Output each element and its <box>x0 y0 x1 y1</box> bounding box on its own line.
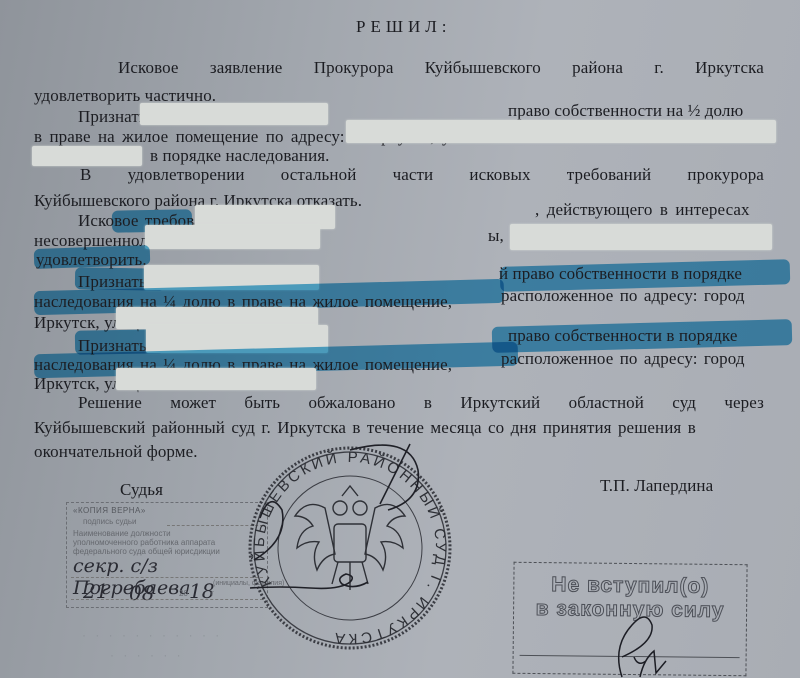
word: г. <box>654 58 664 78</box>
copy-stamp-position-caption: Наименование должности уполномоченного р… <box>73 529 220 556</box>
word: в <box>424 393 432 413</box>
word: может <box>170 393 216 413</box>
paragraph-7-line-2: Куйбышевский районный суд г. Иркутска в … <box>34 418 696 438</box>
redaction <box>145 225 320 249</box>
judge-name: Т.П. Лапердина <box>600 476 713 496</box>
stamp-signature <box>590 595 680 678</box>
word: Куйбышевского <box>425 58 541 78</box>
paragraph-2-line-3: в порядке наследования. <box>150 146 330 166</box>
redaction <box>32 146 142 166</box>
copy-stamp-subtitle: подпись судьи <box>83 517 137 526</box>
court-decision-page: РЕШИЛ: ИсковоезаявлениеПрокурораКуйбышев… <box>0 0 800 678</box>
paragraph-6-line-2-rest: расположенное по адресу: город <box>501 349 745 369</box>
paragraph-4-line-1-end: , действующего в интересах <box>535 200 750 220</box>
redaction <box>116 368 316 390</box>
paragraph-7-line-1: РешениеможетбытьобжаловановИркутскийобла… <box>78 393 764 413</box>
redaction <box>346 120 776 143</box>
word: Прокурора <box>314 58 394 78</box>
word: Иркутска <box>695 58 764 78</box>
word: заявление <box>210 58 283 78</box>
paragraph-1-line-1: ИсковоезаявлениеПрокурораКуйбышевскогора… <box>118 58 764 78</box>
word: района <box>572 58 623 78</box>
word: Иркутский <box>460 393 540 413</box>
court-seal-text: КУЙБЫШЕВСКИЙ РАЙОННЫЙ СУД Г. ИРКУТСКА <box>218 416 483 678</box>
word: части <box>393 165 434 185</box>
court-seal: КУЙБЫШЕВСКИЙ РАЙОННЫЙ СУД Г. ИРКУТСКА <box>230 438 470 658</box>
redaction <box>140 103 328 125</box>
word: Исковое <box>118 58 179 78</box>
paragraph-3-line-1: Вудовлетворенииостальнойчастиисковыхтреб… <box>80 165 764 185</box>
word: быть <box>244 393 280 413</box>
word: обжаловано <box>308 393 395 413</box>
word: требований <box>567 165 651 185</box>
word: удовлетворении <box>128 165 245 185</box>
word: В <box>80 165 91 185</box>
paragraph-7-line-3: окончательной форме. <box>34 442 198 462</box>
svg-text:КУЙБЫШЕВСКИЙ РАЙОННЫЙ СУД Г. И: КУЙБЫШЕВСКИЙ РАЙОННЫЙ СУД Г. ИРКУТСКА <box>218 416 483 678</box>
copy-date-suffix: г <box>211 589 214 598</box>
paragraph-4-line-2-mid: ы, <box>488 226 504 246</box>
word: исковых <box>469 165 530 185</box>
copy-date-year-prefix: 20 <box>179 589 188 598</box>
bleed-through-text: · · · · · · · · · · · <box>82 628 222 642</box>
paragraph-6-line-1-end: право собственности в порядке <box>508 326 738 346</box>
word: Решение <box>78 393 142 413</box>
word: областной <box>569 393 644 413</box>
bleed-through-text: · · · · · · <box>110 648 184 662</box>
copy-date-month: 08 <box>129 581 154 605</box>
decision-heading: РЕШИЛ: <box>356 17 452 37</box>
word: суд <box>672 393 696 413</box>
paragraph-5-line-2-rest: расположенное по адресу: город <box>501 286 745 306</box>
paragraph-2-line-1-end: право собственности на ½ долю <box>508 101 743 121</box>
paragraph-5-line-1-end: й право собственности в порядке <box>499 264 742 284</box>
judge-role-label: Судья <box>120 480 163 500</box>
word: остальной <box>281 165 357 185</box>
word: через <box>724 393 764 413</box>
copy-stamp-title: «КОПИЯ ВЕРНА» <box>73 506 146 515</box>
redaction <box>510 224 772 250</box>
word: прокурора <box>687 165 764 185</box>
